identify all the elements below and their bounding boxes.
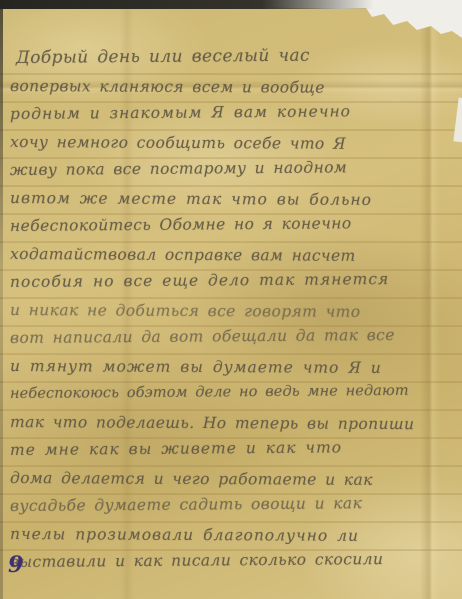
- handwriting-line: вусадьбе думаете садить овощи и как: [10, 488, 462, 520]
- handwriting-line: родным и знакомым Я вам конечно: [10, 96, 462, 128]
- handwriting-line: небеспокоюсь обэтом деле но ведь мне нед…: [10, 376, 462, 408]
- handwriting-line: выставили и как писали сколько скосили: [10, 544, 462, 576]
- handwriting-line: те мне как вы живете и как что: [10, 432, 462, 464]
- page-number: 9: [8, 552, 23, 578]
- handwriting-line: небеспокойтесь Обомне но я конечно: [10, 208, 462, 240]
- scanner-background-band: [0, 0, 374, 9]
- handwritten-text-block: Добрый день или веселый час вопервых кла…: [10, 44, 462, 576]
- scanned-letter-photo: Добрый день или веселый час вопервых кла…: [0, 0, 462, 599]
- handwriting-line: пособия но все еще дело так тянется: [10, 264, 462, 296]
- handwriting-line: Добрый день или веселый час: [10, 40, 462, 72]
- handwriting-line: живу пока все постарому и наодном: [10, 152, 462, 184]
- scanner-background-left-edge: [0, 0, 3, 599]
- handwriting-line: вот написали да вот обещали да так все: [10, 320, 462, 352]
